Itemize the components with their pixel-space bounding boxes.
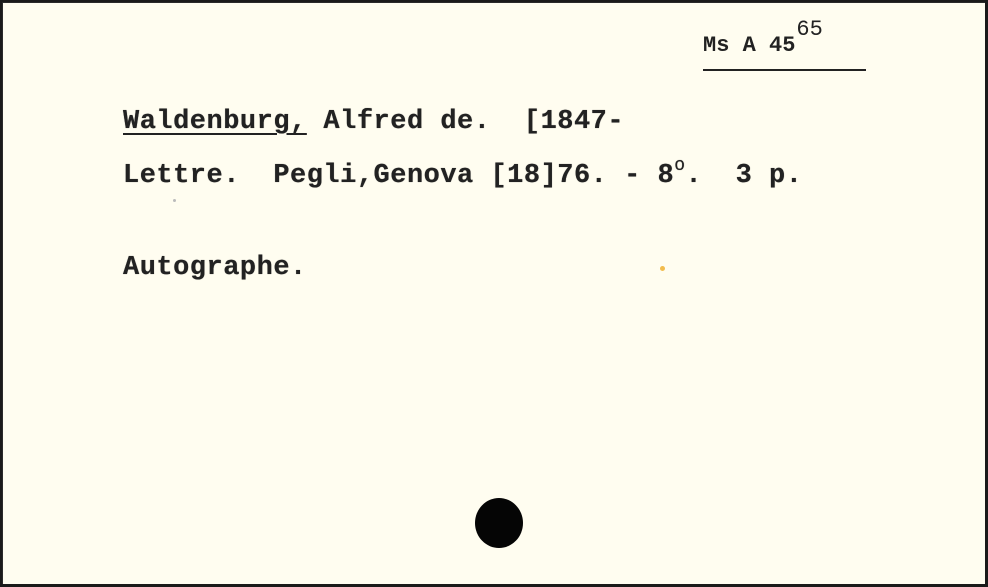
author-name: Waldenburg, [123, 107, 307, 137]
paper-speck [173, 199, 176, 202]
heading-line: Waldenburg, Alfred de. [1847- [123, 107, 624, 137]
description-main: Lettre. Pegli,Genova [18]76. - 8 [123, 161, 674, 191]
shelfmark-underline [703, 69, 866, 71]
note-line: Autographe. [123, 253, 307, 283]
description-extent: . 3 p. [686, 161, 803, 191]
paper-stain [660, 266, 665, 271]
description-line: Lettre. Pegli,Genova [18]76. - 8o. 3 p. [123, 161, 802, 191]
format-degree: o [674, 156, 685, 176]
author-details: Alfred de. [1847- [307, 107, 624, 137]
shelfmark: Ms A 4565 [703, 33, 823, 58]
punch-hole [475, 498, 523, 548]
shelfmark-superscript: 65 [796, 17, 822, 42]
shelfmark-main: Ms A 45 [703, 33, 795, 58]
catalog-card: Ms A 4565 Waldenburg, Alfred de. [1847- … [2, 2, 985, 584]
